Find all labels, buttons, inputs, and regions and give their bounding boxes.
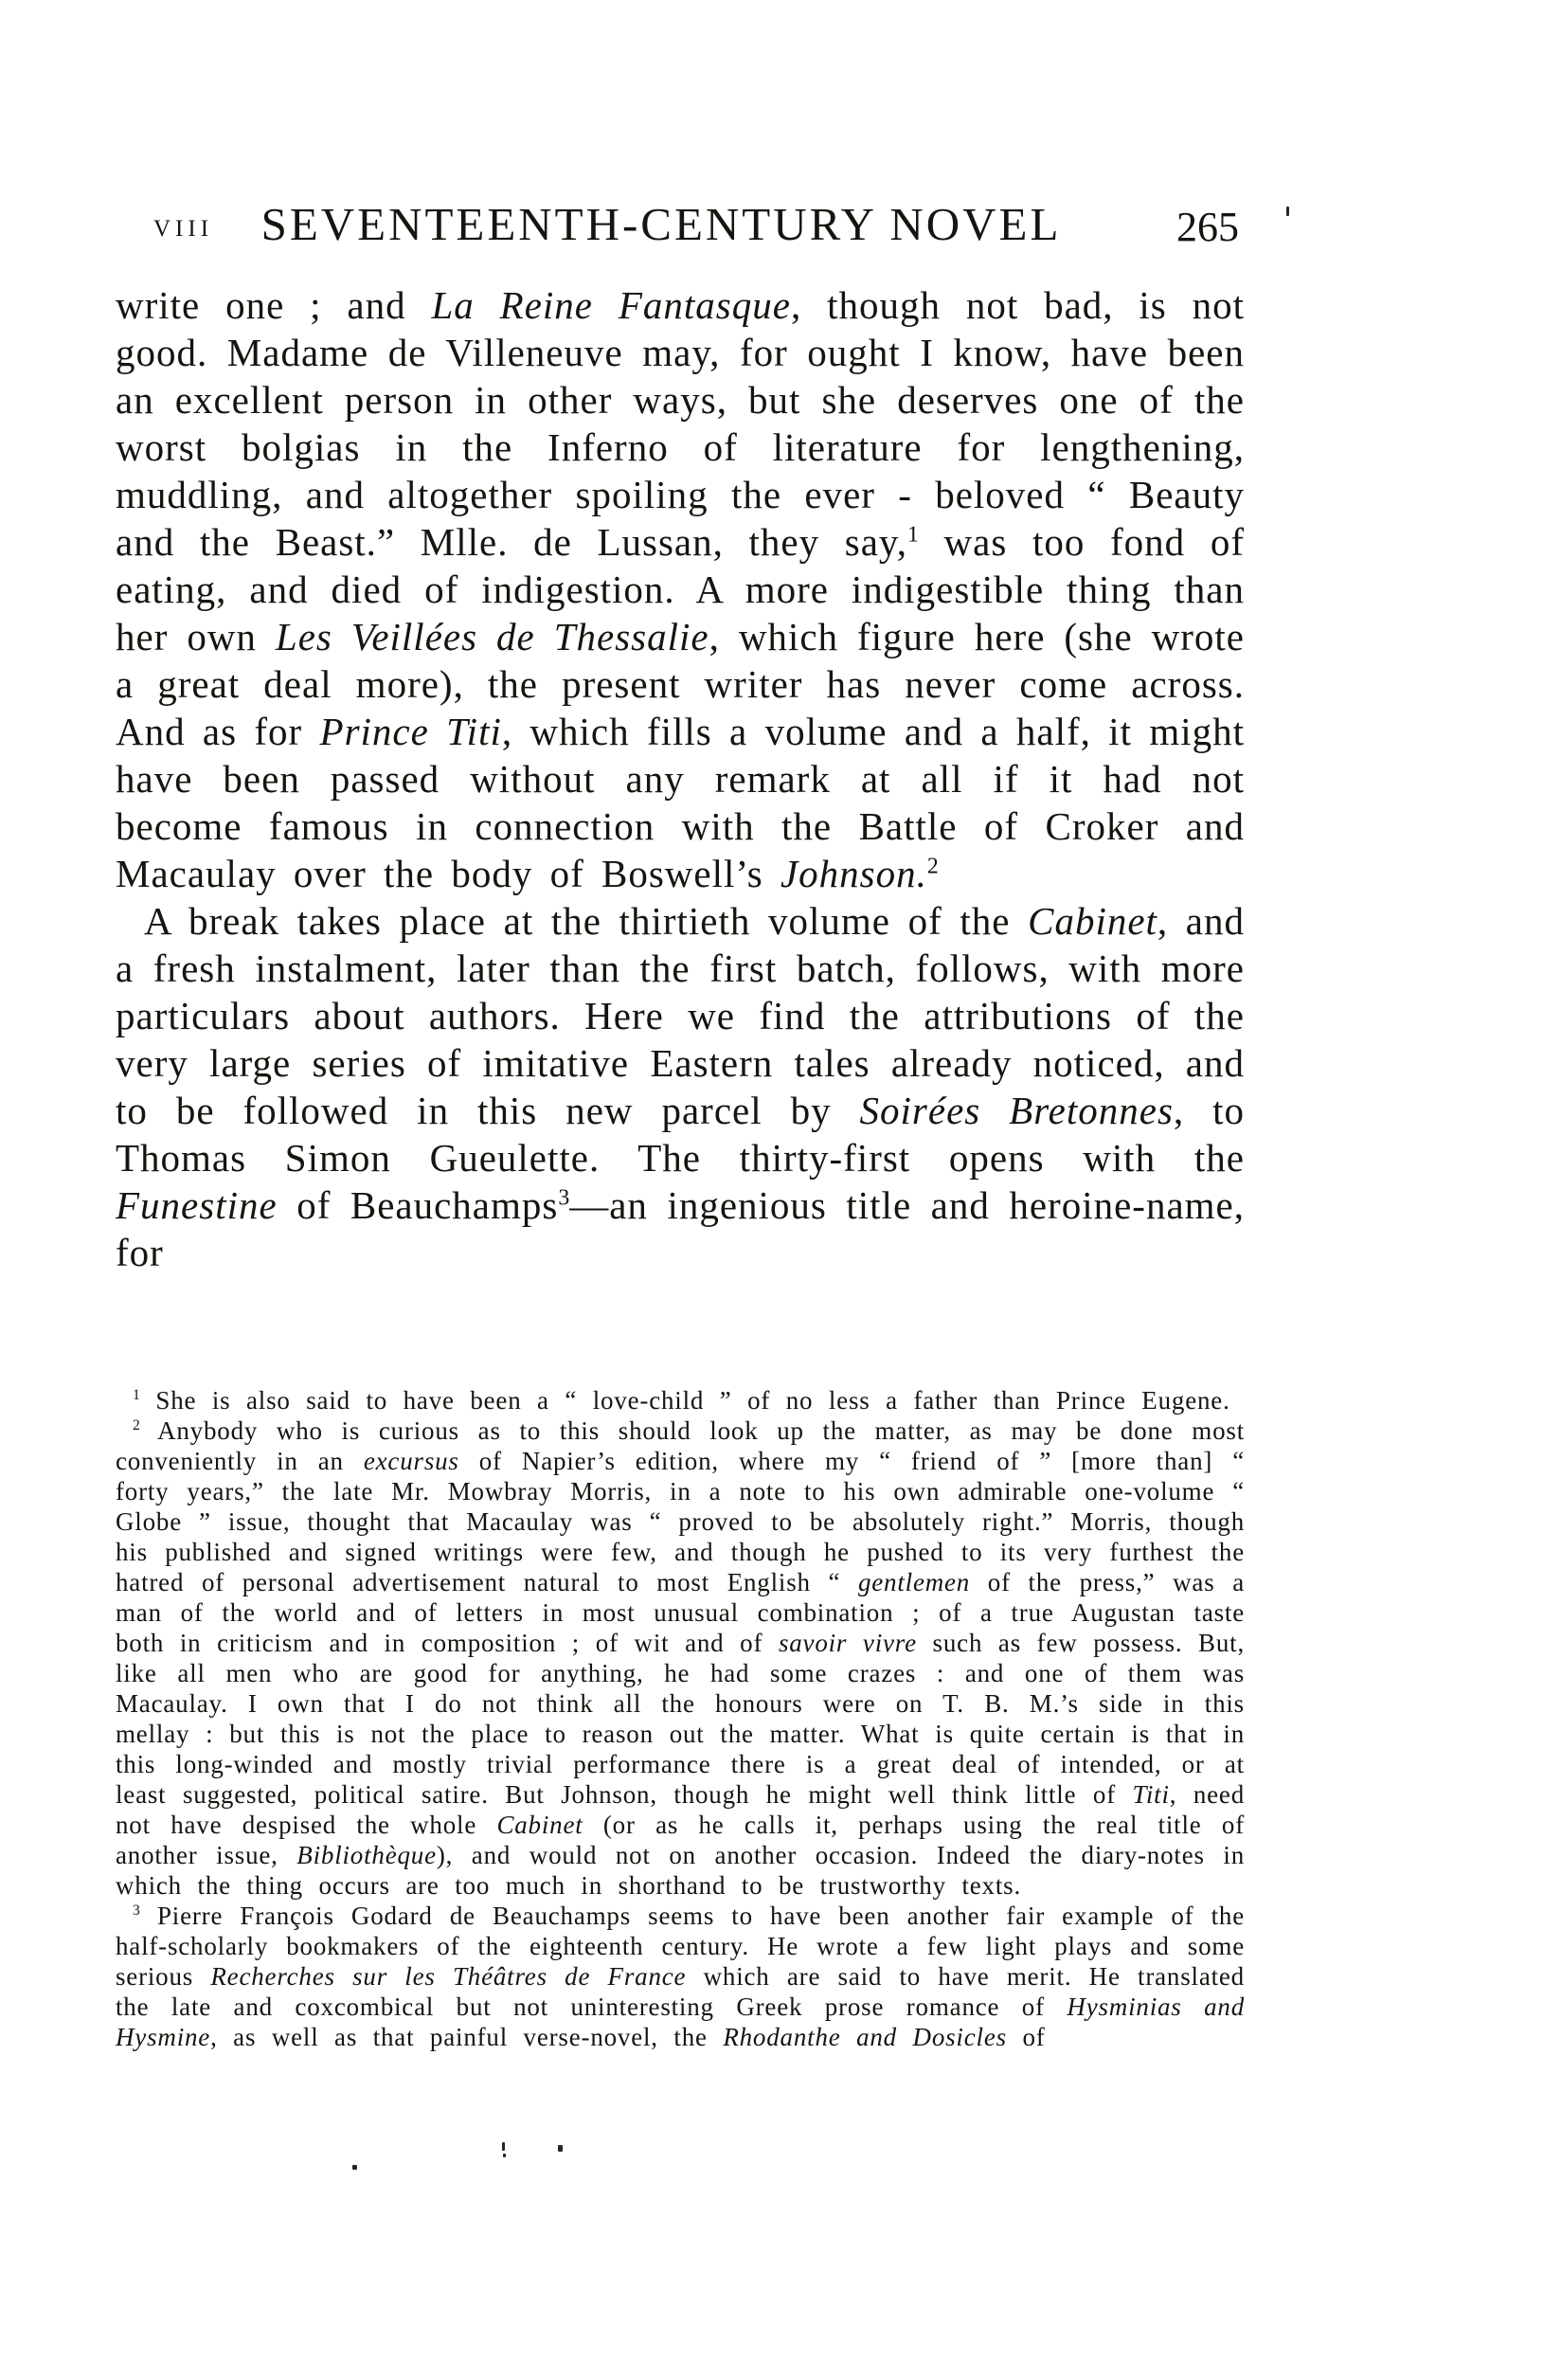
- page-header: VIII SEVENTEENTH-CENTURY NOVEL 265: [116, 189, 1245, 258]
- book-page: { "header": { "chapter": "VIII", "title"…: [0, 0, 1561, 2380]
- scan-speck: [1286, 207, 1289, 216]
- scan-speck: [503, 2154, 506, 2157]
- scan-speck: [558, 2145, 563, 2152]
- footnote-2: 2 Anybody who is curious as to this shou…: [116, 1415, 1245, 1901]
- body-paragraph-2: A break takes place at the thirtieth vol…: [116, 897, 1245, 1276]
- body-paragraph-1: write one ; and La Reine Fantasque, thou…: [116, 281, 1245, 897]
- page-title: SEVENTEENTH-CENTURY NOVEL: [116, 197, 1207, 251]
- footnote-1: 1 She is also said to have been a “ love…: [116, 1385, 1245, 1415]
- scan-speck: [502, 2142, 505, 2151]
- page-number: 265: [1176, 203, 1239, 251]
- scan-speck: [352, 2165, 357, 2170]
- footnotes: 1 She is also said to have been a “ love…: [116, 1385, 1245, 2052]
- body-text: write one ; and La Reine Fantasque, thou…: [116, 281, 1245, 1276]
- footnote-3: 3 Pierre François Godard de Beauchamps s…: [116, 1901, 1245, 2052]
